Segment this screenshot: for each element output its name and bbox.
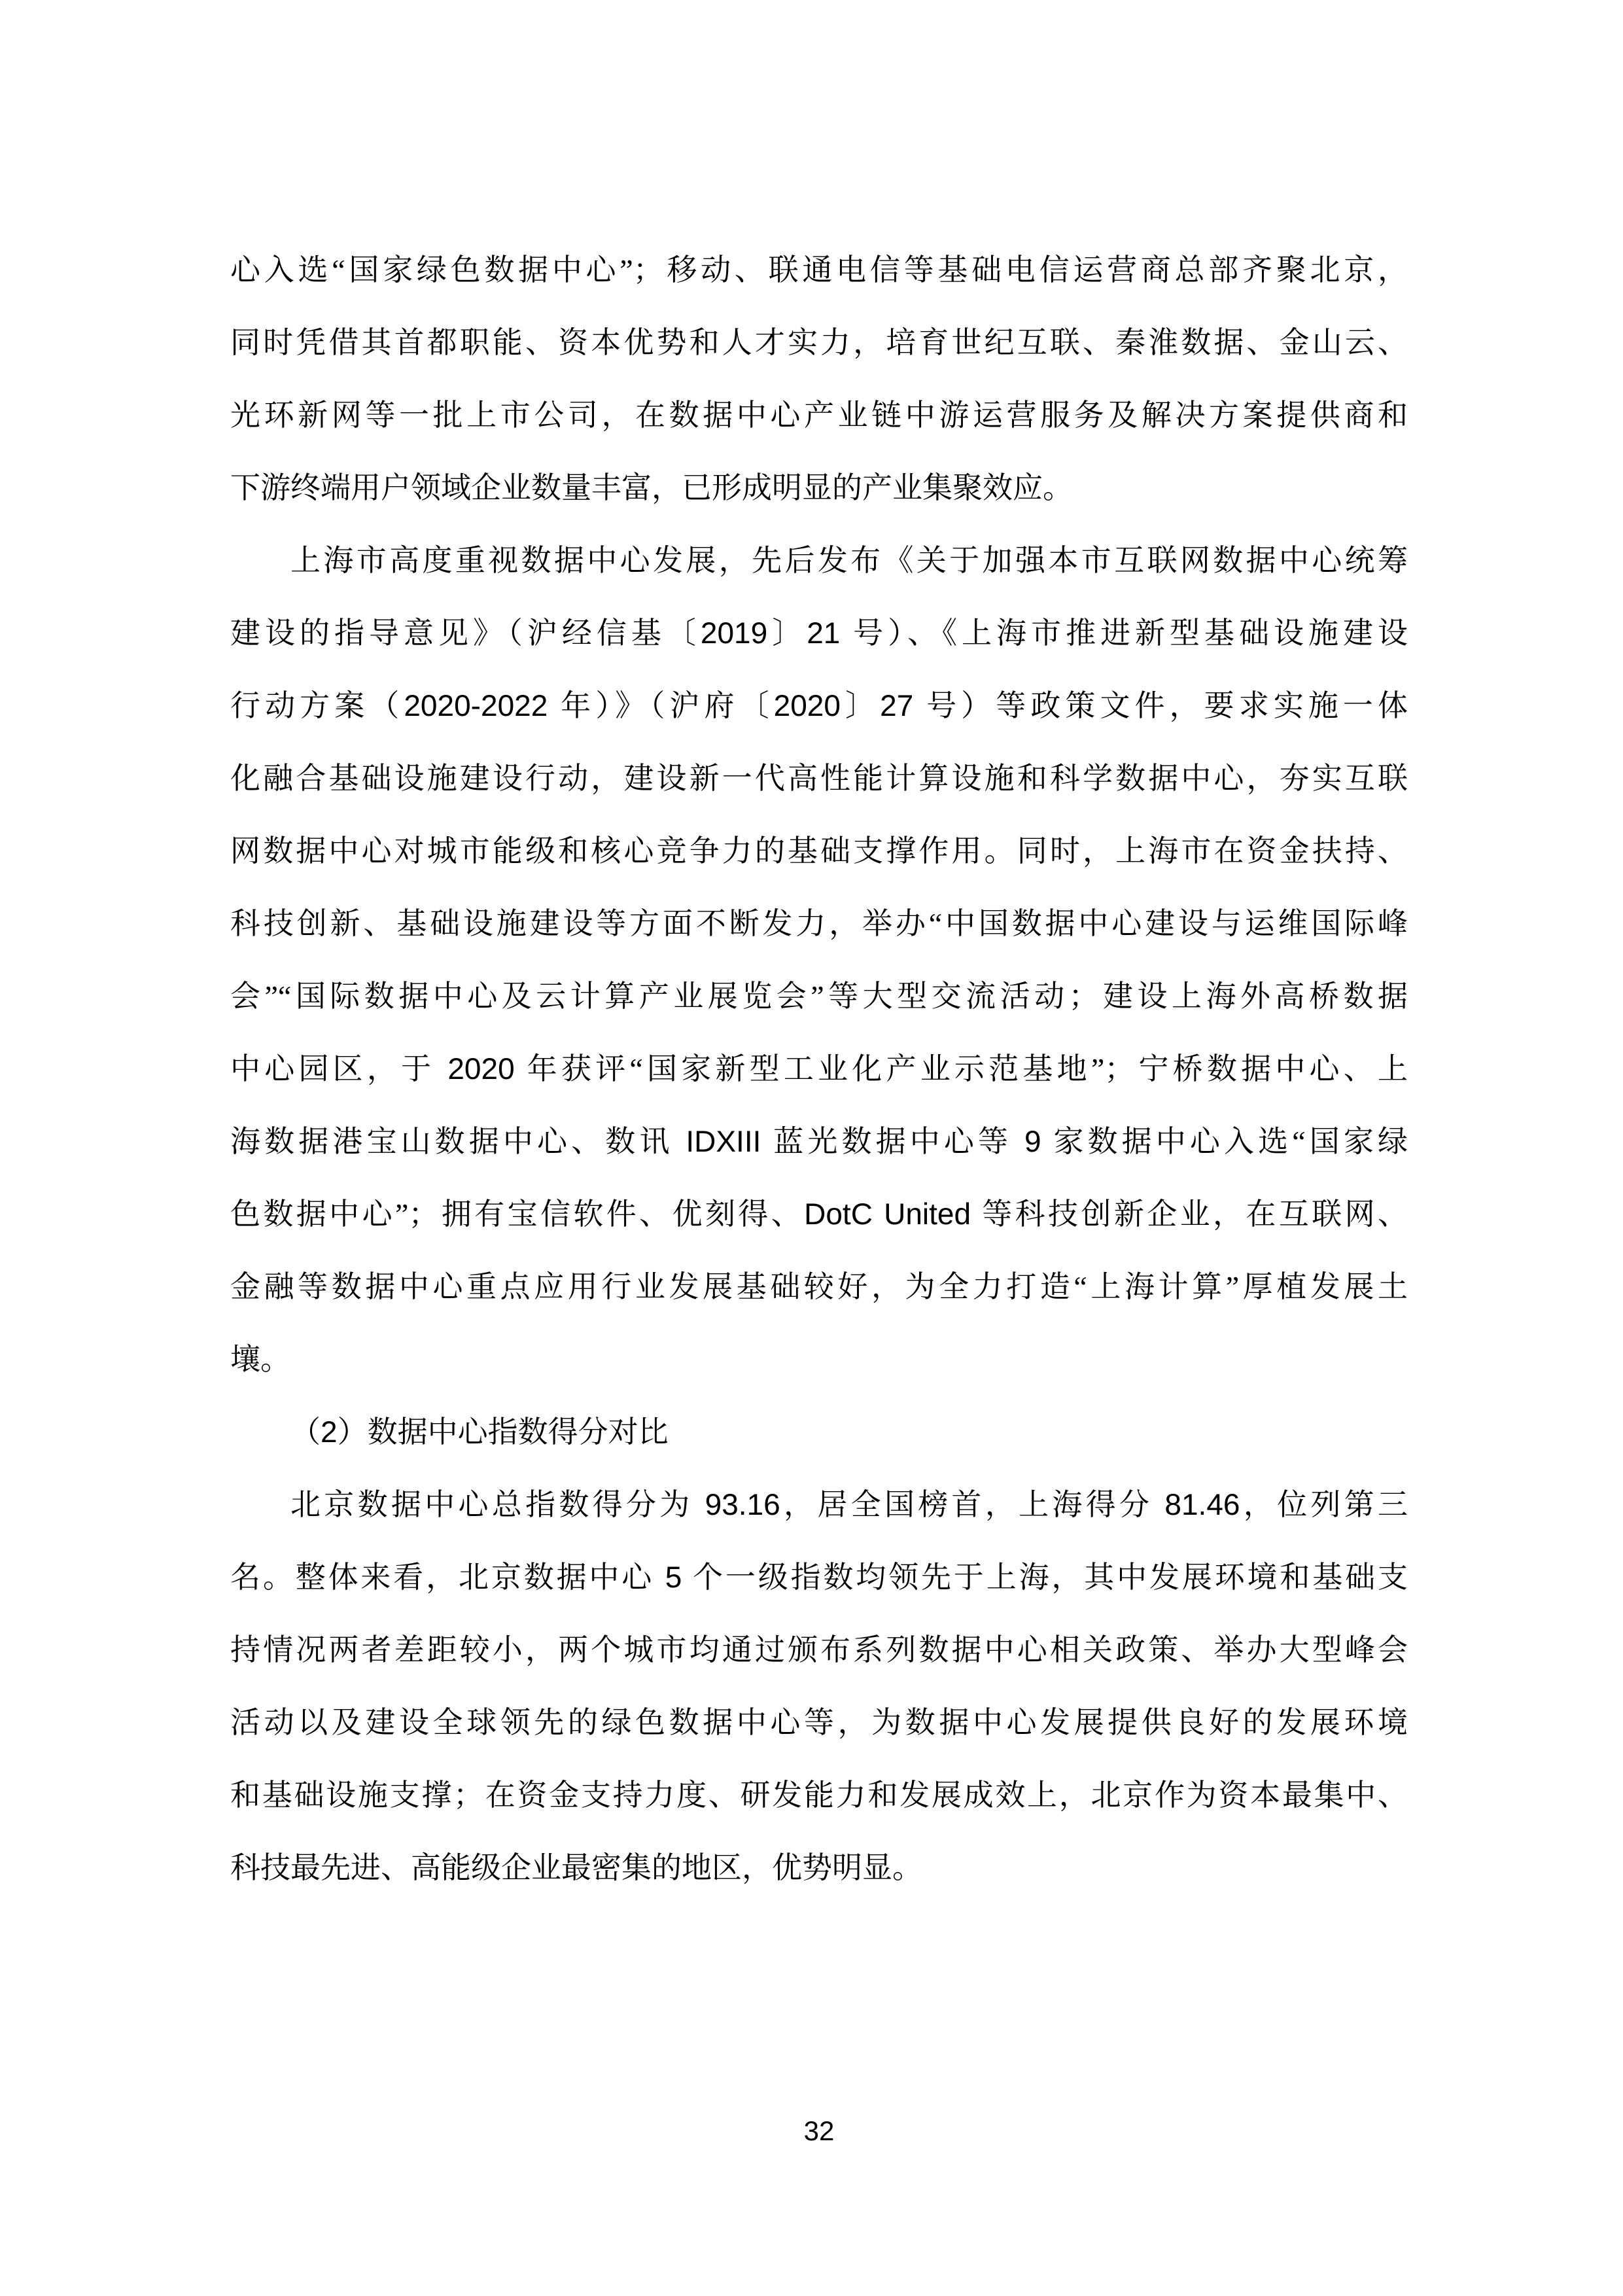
text-line: 下游终端用户领域企业数量丰富，已形成明显的产业集聚效应。 — [230, 451, 1408, 524]
text-line: 上海市高度重视数据中心发展，先后发布《关于加强本市互联网数据中心统筹 — [230, 524, 1408, 597]
text-line: 金融等数据中心重点应用行业发展基础较好，为全力打造“上海计算”厚植发展土 — [230, 1250, 1408, 1323]
document-page: 心入选“国家绿色数据中心”；移动、联通电信等基础电信运营商总部齐聚北京， 同时凭… — [0, 0, 1623, 2296]
text-line: 光环新网等一批上市公司，在数据中心产业链中游运营服务及解决方案提供商和 — [230, 379, 1408, 451]
text-line: 建设的指导意见》（沪经信基〔2019〕21 号）、《上海市推进新型基础设施建设 — [230, 597, 1408, 669]
text-line: 科技创新、基础设施建设等方面不断发力，举办“中国数据中心建设与运维国际峰 — [230, 887, 1408, 960]
text-line: 名。整体来看，北京数据中心 5 个一级指数均领先于上海，其中发展环境和基础支 — [230, 1541, 1408, 1614]
text-line: 海数据港宝山数据中心、数讯 IDXIII 蓝光数据中心等 9 家数据中心入选“国… — [230, 1105, 1408, 1178]
text-line: 心入选“国家绿色数据中心”；移动、联通电信等基础电信运营商总部齐聚北京， — [230, 234, 1408, 306]
text-line: 科技最先进、高能级企业最密集的地区，优势明显。 — [230, 1831, 1408, 1904]
text-line: 北京数据中心总指数得分为 93.16，居全国榜首，上海得分 81.46，位列第三 — [230, 1468, 1408, 1541]
text-line: 活动以及建设全球领先的绿色数据中心等，为数据中心发展提供良好的发展环境 — [230, 1686, 1408, 1759]
text-line: 中心园区，于 2020 年获评“国家新型工业化产业示范基地”；宁桥数据中心、上 — [230, 1033, 1408, 1105]
section-heading: （2）数据中心指数得分对比 — [230, 1396, 1408, 1468]
text-line: 同时凭借其首都职能、资本优势和人才实力，培育世纪互联、秦淮数据、金山云、 — [230, 306, 1408, 379]
text-line: 色数据中心”；拥有宝信软件、优刻得、DotC United 等科技创新企业，在互… — [230, 1178, 1408, 1250]
text-line: 行动方案（2020-2022 年）》（沪府〔2020〕27 号）等政策文件，要求… — [230, 669, 1408, 742]
text-line: 持情况两者差距较小，两个城市均通过颁布系列数据中心相关政策、举办大型峰会 — [230, 1614, 1408, 1686]
text-line: 壤。 — [230, 1323, 1408, 1396]
text-line: 会”“国际数据中心及云计算产业展览会”等大型交流活动；建设上海外高桥数据 — [230, 960, 1408, 1033]
text-line: 和基础设施支撑；在资金支持力度、研发能力和发展成效上，北京作为资本最集中、 — [230, 1759, 1408, 1831]
document-text: 心入选“国家绿色数据中心”；移动、联通电信等基础电信运营商总部齐聚北京， 同时凭… — [230, 234, 1408, 1904]
page-number: 32 — [804, 2115, 835, 2146]
text-line: 网数据中心对城市能级和核心竞争力的基础支撑作用。同时，上海市在资金扶持、 — [230, 815, 1408, 887]
page-footer: 32 — [230, 2115, 1408, 2147]
text-line: 化融合基础设施建设行动，建设新一代高性能计算设施和科学数据中心，夯实互联 — [230, 742, 1408, 815]
